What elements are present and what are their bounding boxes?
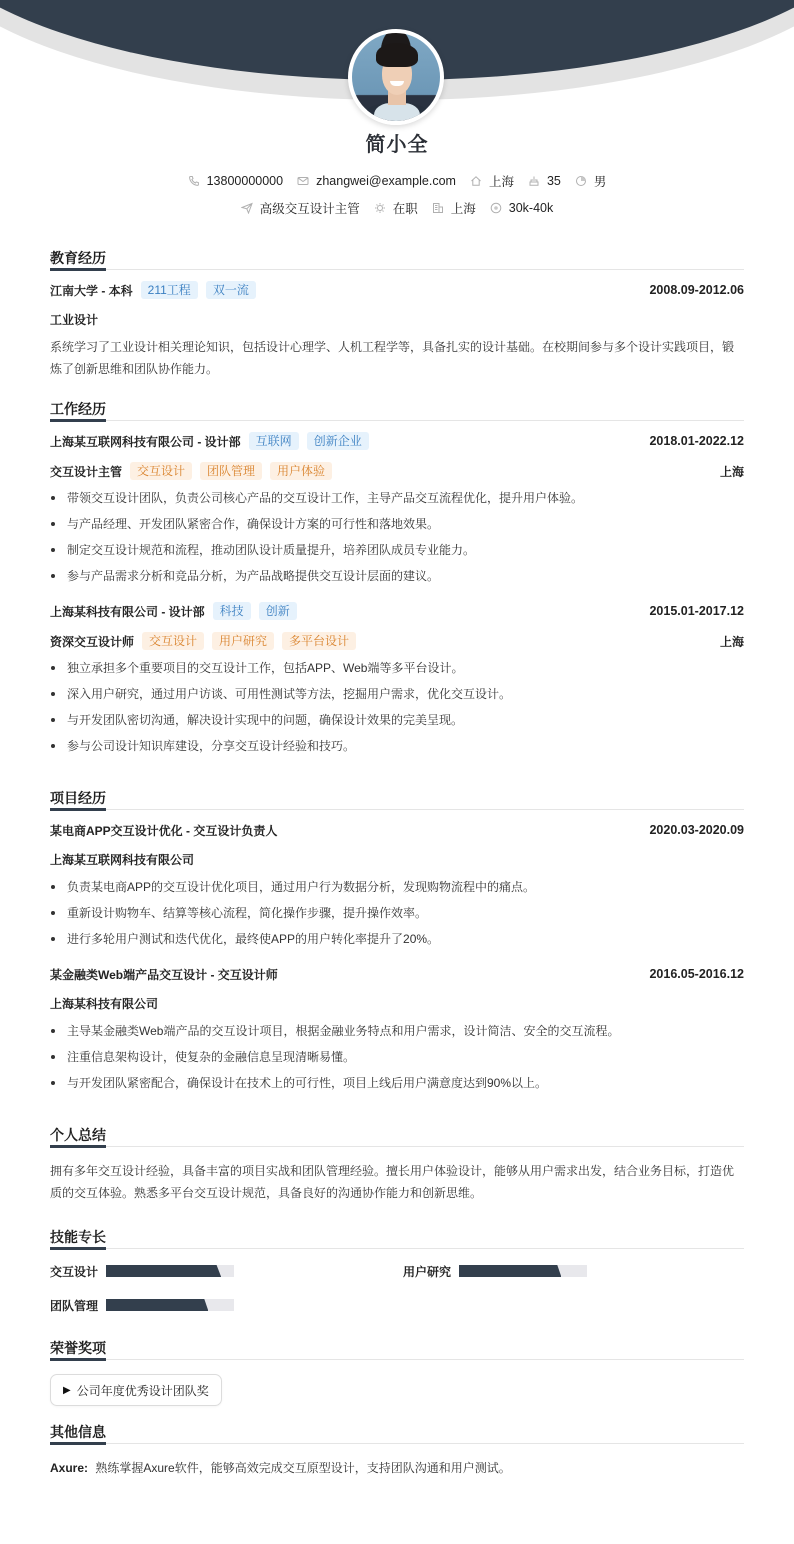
bullet-item: 与产品经理、开发团队紧密合作，确保设计方案的可行性和落地效果。	[50, 511, 744, 537]
major: 工业设计	[50, 311, 744, 329]
section-underline	[50, 1358, 106, 1361]
skills-grid: 交互设计 用户研究 团队管理	[50, 1262, 744, 1314]
section-title: 其他信息	[50, 1422, 106, 1442]
education-item: 江南大学 - 本科 211工程 双一流 2008.09-2012.06 工业设计…	[50, 281, 744, 380]
section-title: 教育经历	[50, 248, 106, 268]
work-item: 上海某互联网科技有限公司 - 设计部 互联网 创新企业 2018.01-2022…	[50, 432, 744, 589]
project-date: 2016.05-2016.12	[649, 967, 744, 981]
bullet-item: 进行多轮用户测试和迭代优化，最终使APP的用户转化率提升了20%。	[50, 926, 744, 952]
skill-name: 交互设计	[50, 1263, 106, 1280]
skill-bar-fill	[106, 1265, 221, 1277]
other-text: 熟练掌握Axure软件，能够高效完成交互原型设计，支持团队沟通和用户测试。	[95, 1461, 510, 1475]
resume-body: 教育经历 江南大学 - 本科 211工程 双一流 2008.09-2012.06…	[50, 240, 744, 1479]
position-tag: 交互设计	[142, 632, 204, 650]
skill-item: 团队管理	[50, 1296, 403, 1314]
project-company: 上海某科技有限公司	[50, 995, 744, 1013]
section-underline	[50, 1145, 106, 1148]
home-icon	[470, 175, 482, 187]
work-date: 2015.01-2017.12	[649, 604, 744, 618]
company-row: 上海某科技有限公司 - 设计部 科技 创新 2015.01-2017.12	[50, 602, 744, 620]
send-icon	[241, 202, 253, 214]
intent-city: 上海	[432, 199, 476, 217]
section-title: 工作经历	[50, 399, 106, 419]
bullet-item: 带领交互设计团队，负责公司核心产品的交互设计工作，主导产品交互流程优化，提升用户…	[50, 485, 744, 511]
avatar	[348, 29, 444, 125]
section-title: 个人总结	[50, 1125, 106, 1145]
position-tag: 用户体验	[270, 462, 332, 480]
position-tag: 多平台设计	[282, 632, 356, 650]
section-awards: 荣誉奖项 ▶ 公司年度优秀设计团队奖	[50, 1330, 744, 1406]
triangle-right-icon: ▶	[63, 1385, 71, 1396]
bullet-item: 注重信息架构设计，使复杂的金融信息呈现清晰易懂。	[50, 1044, 744, 1070]
section-header: 个人总结	[50, 1117, 744, 1147]
work-date: 2018.01-2022.12	[649, 434, 744, 448]
company-tag: 创新	[259, 602, 297, 620]
bullet-item: 深入用户研究，通过用户访谈、可用性测试等方法，挖掘用户需求，优化交互设计。	[50, 681, 744, 707]
project-row: 某电商APP交互设计优化 - 交互设计负责人 2020.03-2020.09	[50, 821, 744, 839]
education-row: 江南大学 - 本科 211工程 双一流 2008.09-2012.06	[50, 281, 744, 299]
company-tag: 互联网	[249, 432, 299, 450]
skill-bar	[106, 1265, 234, 1277]
section-underline	[50, 808, 106, 811]
bullet-item: 主导某金融类Web端产品的交互设计项目，根据金融业务特点和用户需求，设计简洁、安…	[50, 1018, 744, 1044]
project-company: 上海某互联网科技有限公司	[50, 851, 744, 869]
section-title: 荣誉奖项	[50, 1338, 106, 1358]
project-date: 2020.03-2020.09	[649, 823, 744, 837]
award-chip[interactable]: ▶ 公司年度优秀设计团队奖	[50, 1374, 222, 1406]
school-tag: 211工程	[141, 281, 198, 299]
work-bullets: 独立承担多个重要项目的交互设计工作，包括APP、Web端等多平台设计。 深入用户…	[50, 655, 744, 759]
project-bullets: 负责某电商APP的交互设计优化项目，通过用户行为数据分析，发现购物流程中的痛点。…	[50, 874, 744, 952]
project-item: 某电商APP交互设计优化 - 交互设计负责人 2020.03-2020.09 上…	[50, 821, 744, 952]
job-intent-row: 高级交互设计主管 在职 上海 30k-40k	[0, 199, 794, 217]
skill-item: 用户研究	[403, 1262, 744, 1280]
section-header: 工作经历	[50, 391, 744, 421]
section-underline	[50, 1442, 106, 1445]
summary-text: 拥有多年交互设计经验，具备丰富的项目实战和团队管理经验。擅长用户体验设计，能够从…	[50, 1160, 744, 1204]
gender-text: 男	[594, 172, 607, 190]
candidate-name: 简小全	[0, 128, 794, 157]
project-item: 某金融类Web端产品交互设计 - 交互设计师 2016.05-2016.12 上…	[50, 965, 744, 1096]
school-name: 江南大学 - 本科	[50, 282, 133, 299]
project-bullets: 主导某金融类Web端产品的交互设计项目，根据金融业务特点和用户需求，设计简洁、安…	[50, 1018, 744, 1096]
intent-status: 在职	[374, 199, 418, 217]
skill-bar	[106, 1299, 234, 1311]
age-icon	[528, 175, 540, 187]
bullet-item: 与开发团队密切沟通，解决设计实现中的问题，确保设计效果的完美呈现。	[50, 707, 744, 733]
mail-icon	[297, 175, 309, 187]
skill-item: 交互设计	[50, 1262, 403, 1280]
section-header: 其他信息	[50, 1414, 744, 1444]
skill-name: 团队管理	[50, 1297, 106, 1314]
position-tag: 用户研究	[212, 632, 274, 650]
bullet-item: 参与公司设计知识库建设，分享交互设计经验和技巧。	[50, 733, 744, 759]
section-summary: 个人总结 拥有多年交互设计经验，具备丰富的项目实战和团队管理经验。擅长用户体验设…	[50, 1117, 744, 1204]
position-name: 交互设计主管	[50, 463, 122, 480]
section-underline	[50, 419, 106, 422]
gender-icon	[575, 175, 587, 187]
work-location: 上海	[720, 633, 744, 650]
section-header: 教育经历	[50, 240, 744, 270]
section-header: 技能专长	[50, 1219, 744, 1249]
contact-email: zhangwei@example.com	[297, 174, 456, 188]
home-city-text: 上海	[489, 172, 514, 190]
phone-icon	[188, 175, 200, 187]
contact-gender: 男	[575, 172, 607, 190]
section-other: 其他信息 Axure: 熟练掌握Axure软件，能够高效完成交互原型设计，支持团…	[50, 1414, 744, 1479]
skill-bar-fill	[459, 1265, 561, 1277]
position-name: 资深交互设计师	[50, 633, 134, 650]
section-work: 工作经历 上海某互联网科技有限公司 - 设计部 互联网 创新企业 2018.01…	[50, 391, 744, 759]
other-item: Axure: 熟练掌握Axure软件，能够高效完成交互原型设计，支持团队沟通和用…	[50, 1457, 744, 1479]
company-tag: 科技	[213, 602, 251, 620]
skill-bar-fill	[106, 1299, 208, 1311]
section-underline	[50, 1247, 106, 1250]
school-tag: 双一流	[206, 281, 256, 299]
bullet-item: 负责某电商APP的交互设计优化项目，通过用户行为数据分析，发现购物流程中的痛点。	[50, 874, 744, 900]
bullet-item: 参与产品需求分析和竞品分析，为产品战略提供交互设计层面的建议。	[50, 563, 744, 589]
section-title: 项目经历	[50, 788, 106, 808]
status-icon	[374, 202, 386, 214]
section-header: 荣誉奖项	[50, 1330, 744, 1360]
email-text: zhangwei@example.com	[316, 174, 456, 188]
education-description: 系统学习了工业设计相关理论知识，包括设计心理学、人机工程学等，具备扎实的设计基础…	[50, 336, 744, 380]
position-row: 资深交互设计师 交互设计 用户研究 多平台设计 上海	[50, 632, 744, 650]
position-tag: 交互设计	[130, 462, 192, 480]
skill-bar	[459, 1265, 587, 1277]
project-name: 某金融类Web端产品交互设计 - 交互设计师	[50, 966, 278, 983]
city-text: 上海	[451, 199, 476, 217]
company-row: 上海某互联网科技有限公司 - 设计部 互联网 创新企业 2018.01-2022…	[50, 432, 744, 450]
salary-icon	[490, 202, 502, 214]
section-skills: 技能专长 交互设计 用户研究 团队管理	[50, 1219, 744, 1314]
intent-position: 高级交互设计主管	[241, 199, 360, 217]
contact-home: 上海	[470, 172, 514, 190]
intent-salary: 30k-40k	[490, 201, 553, 215]
award-name: 公司年度优秀设计团队奖	[77, 1382, 209, 1399]
section-title: 技能专长	[50, 1227, 106, 1247]
phone-text: 13800000000	[207, 174, 283, 188]
education-date: 2008.09-2012.06	[649, 283, 744, 297]
section-underline	[50, 268, 106, 271]
section-projects: 项目经历 某电商APP交互设计优化 - 交互设计负责人 2020.03-2020…	[50, 780, 744, 1096]
avatar-hair	[376, 43, 418, 67]
project-name: 某电商APP交互设计优化 - 交互设计负责人	[50, 822, 277, 839]
position-row: 交互设计主管 交互设计 团队管理 用户体验 上海	[50, 462, 744, 480]
other-label: Axure:	[50, 1461, 88, 1475]
contact-row: 13800000000 zhangwei@example.com 上海 35 男	[0, 172, 794, 190]
age-text: 35	[547, 174, 561, 188]
contact-phone: 13800000000	[188, 174, 283, 188]
position-tag: 团队管理	[200, 462, 262, 480]
building-icon	[432, 202, 444, 214]
work-bullets: 带领交互设计团队，负责公司核心产品的交互设计工作，主导产品交互流程优化，提升用户…	[50, 485, 744, 589]
bullet-item: 制定交互设计规范和流程，推动团队设计质量提升，培养团队成员专业能力。	[50, 537, 744, 563]
salary-text: 30k-40k	[509, 201, 553, 215]
section-header: 项目经历	[50, 780, 744, 810]
contact-age: 35	[528, 174, 561, 188]
status-text: 在职	[393, 199, 418, 217]
bullet-item: 重新设计购物车、结算等核心流程，简化操作步骤，提升操作效率。	[50, 900, 744, 926]
project-row: 某金融类Web端产品交互设计 - 交互设计师 2016.05-2016.12	[50, 965, 744, 983]
bullet-item: 与开发团队紧密配合，确保设计在技术上的可行性，项目上线后用户满意度达到90%以上…	[50, 1070, 744, 1096]
position-text: 高级交互设计主管	[260, 199, 360, 217]
company-tag: 创新企业	[307, 432, 369, 450]
company-name: 上海某互联网科技有限公司 - 设计部	[50, 433, 241, 450]
company-name: 上海某科技有限公司 - 设计部	[50, 603, 205, 620]
skill-name: 用户研究	[403, 1263, 459, 1280]
work-location: 上海	[720, 463, 744, 480]
section-education: 教育经历 江南大学 - 本科 211工程 双一流 2008.09-2012.06…	[50, 240, 744, 380]
bullet-item: 独立承担多个重要项目的交互设计工作，包括APP、Web端等多平台设计。	[50, 655, 744, 681]
work-item: 上海某科技有限公司 - 设计部 科技 创新 2015.01-2017.12 资深…	[50, 602, 744, 759]
